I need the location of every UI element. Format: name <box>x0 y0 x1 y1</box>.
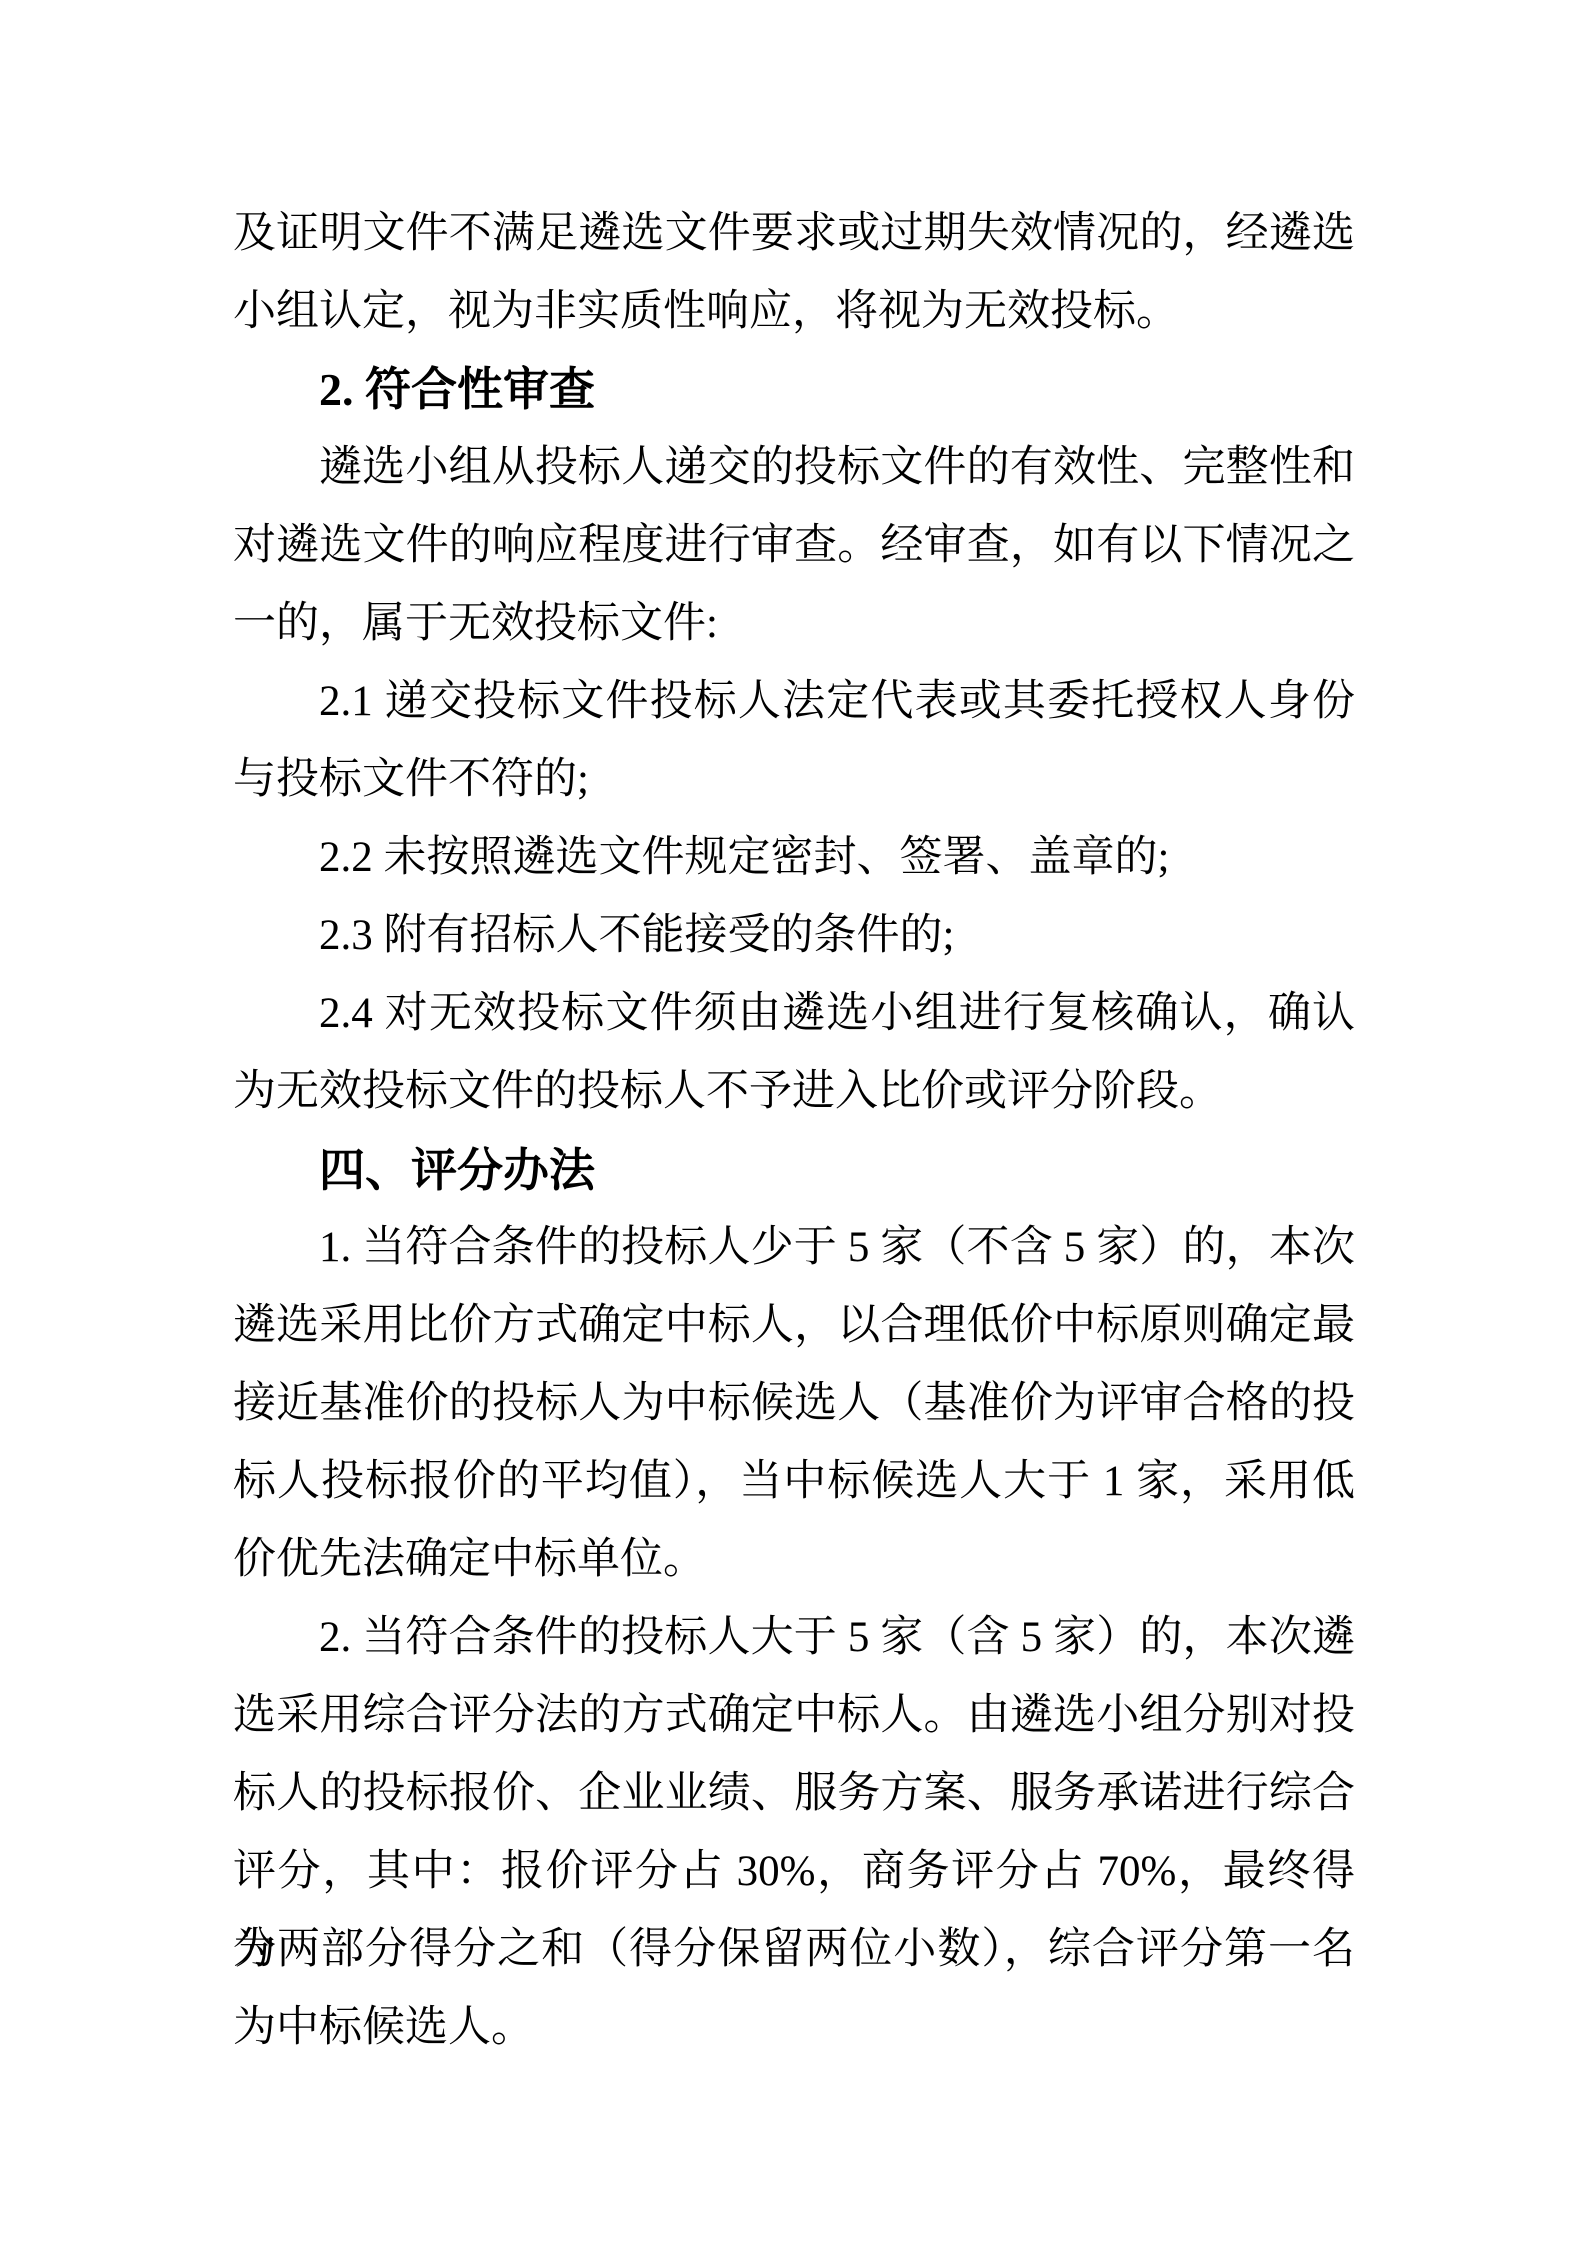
text-line: 接近基准价的投标人为中标候选人（基准价为评审合格的投 <box>233 1365 1355 1443</box>
text-line: 与投标文件不符的; <box>233 741 1355 819</box>
text-line: 遴选采用比价方式确定中标人，以合理低价中标原则确定最 <box>233 1287 1355 1365</box>
text-line: 小组认定，视为非实质性响应，将视为无效投标。 <box>233 273 1355 351</box>
text-line: 2.1 递交投标文件投标人法定代表或其委托授权人身份 <box>233 663 1355 741</box>
text-line: 对遴选文件的响应程度进行审查。经审查，如有以下情况之 <box>233 507 1355 585</box>
document-page: 及证明文件不满足遴选文件要求或过期失效情况的，经遴选小组认定，视为非实质性响应，… <box>0 0 1587 2245</box>
text-line: 2. 当符合条件的投标人大于 5 家（含 5 家）的，本次遴 <box>233 1599 1355 1677</box>
text-line: 1. 当符合条件的投标人少于 5 家（不含 5 家）的，本次 <box>233 1209 1355 1287</box>
text-line: 2.3 附有招标人不能接受的条件的; <box>233 897 1355 975</box>
section-heading: 2. 符合性审查 <box>233 351 1355 429</box>
text-line: 标人的投标报价、企业业绩、服务方案、服务承诺进行综合 <box>233 1755 1355 1833</box>
text-line: 及证明文件不满足遴选文件要求或过期失效情况的，经遴选 <box>233 195 1355 273</box>
text-line: 一的，属于无效投标文件: <box>233 585 1355 663</box>
text-line: 标人投标报价的平均值），当中标候选人大于 1 家，采用低 <box>233 1443 1355 1521</box>
text-line: 为两部分得分之和（得分保留两位小数），综合评分第一名 <box>233 1911 1355 1989</box>
text-line: 遴选小组从投标人递交的投标文件的有效性、完整性和 <box>233 429 1355 507</box>
text-line: 评分，其中：报价评分占 30%，商务评分占 70%，最终得分 <box>233 1833 1355 1911</box>
document-text-block: 及证明文件不满足遴选文件要求或过期失效情况的，经遴选小组认定，视为非实质性响应，… <box>233 195 1355 2067</box>
text-line: 2.4 对无效投标文件须由遴选小组进行复核确认，确认 <box>233 975 1355 1053</box>
section-heading: 四、评分办法 <box>233 1131 1355 1209</box>
text-line: 2.2 未按照遴选文件规定密封、签署、盖章的; <box>233 819 1355 897</box>
text-line: 为中标候选人。 <box>233 1989 1355 2067</box>
text-line: 选采用综合评分法的方式确定中标人。由遴选小组分别对投 <box>233 1677 1355 1755</box>
text-line: 为无效投标文件的投标人不予进入比价或评分阶段。 <box>233 1053 1355 1131</box>
text-line: 价优先法确定中标单位。 <box>233 1521 1355 1599</box>
